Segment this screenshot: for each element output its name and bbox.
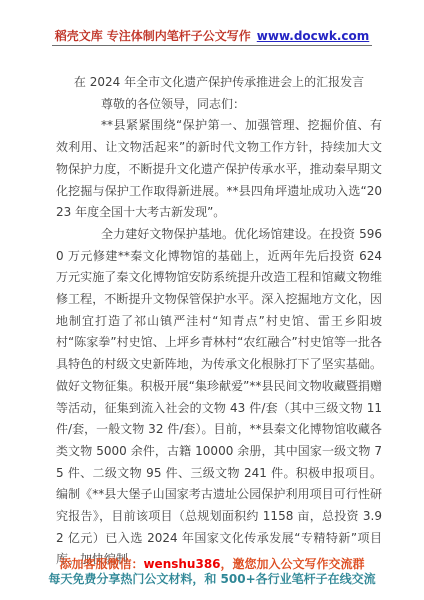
site-url-link[interactable]: www.docwk.com	[257, 29, 369, 43]
promo-line-2: 每天免费分享热门公文材料，和 500+各行业笔杆子在线交流	[0, 572, 424, 587]
wechat-prompt-text: 添加客服微信：	[59, 557, 143, 571]
paragraph-intro: **县紧紧围绕“保护第一、加强管理、挖掘价值、有效利用、让文物活起来”的新时代文…	[56, 115, 382, 224]
promo-footer: 添加客服微信：wenshu386，邀您加入公文写作交流群 每天免费分享热门公文材…	[0, 557, 424, 587]
site-tagline: 专注体制内笔杆子公文写作	[107, 29, 251, 43]
paragraph-detail: 全力建好文物保护基地。优化场馆建设。在投资 5960 万元修建**秦文化博物馆的…	[56, 224, 382, 571]
wechat-id: wenshu386	[143, 557, 220, 571]
site-header: 稻壳文库专注体制内笔杆子公文写作www.docwk.com	[0, 0, 424, 46]
site-brand: 稻壳文库	[55, 29, 103, 43]
document-page: 稻壳文库专注体制内笔杆子公文写作www.docwk.com 在 2024 年全市…	[0, 0, 424, 600]
wechat-invite-text: ，邀您加入公文写作交流群	[221, 557, 365, 571]
promo-line-1: 添加客服微信：wenshu386，邀您加入公文写作交流群	[0, 557, 424, 572]
salutation-line: 尊敬的各位领导，同志们：	[56, 94, 382, 116]
document-title: 在 2024 年全市文化遗产保护传承推进会上的汇报发言	[56, 72, 382, 94]
document-body: 在 2024 年全市文化遗产保护传承推进会上的汇报发言 尊敬的各位领导，同志们：…	[0, 46, 424, 571]
site-header-rule: 稻壳文库专注体制内笔杆子公文写作www.docwk.com	[52, 29, 372, 46]
